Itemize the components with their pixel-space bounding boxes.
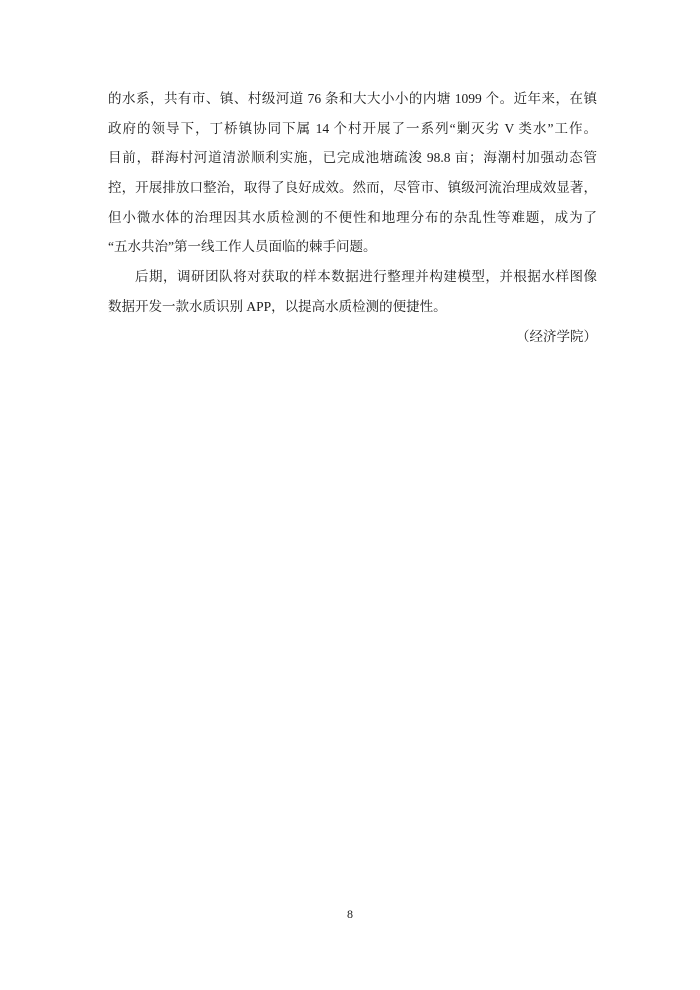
attribution: （经济学院） bbox=[108, 322, 597, 352]
text-line: 控，开展排放口整治，取得了良好成效。然而，尽管市、镇级河流治理成效显著， bbox=[108, 173, 597, 203]
text-line: 但小微水体的治理因其水质检测的不便性和地理分布的杂乱性等难题，成为了 bbox=[108, 203, 597, 233]
text-line: 的水系，共有市、镇、村级河道 76 条和大大小小的内塘 1099 个。近年来，在… bbox=[108, 84, 597, 114]
document-body: 的水系，共有市、镇、村级河道 76 条和大大小小的内塘 1099 个。近年来，在… bbox=[108, 84, 597, 351]
text-line: 后期，调研团队将对获取的样本数据进行整理并构建模型，并根据水样图像 bbox=[108, 262, 597, 292]
document-page: 的水系，共有市、镇、村级河道 76 条和大大小小的内塘 1099 个。近年来，在… bbox=[0, 0, 700, 990]
page-number: 8 bbox=[0, 906, 700, 922]
text-line: “五水共治”第一线工作人员面临的棘手问题。 bbox=[108, 232, 597, 262]
paragraph-2: 后期，调研团队将对获取的样本数据进行整理并构建模型，并根据水样图像 数据开发一款… bbox=[108, 262, 597, 321]
paragraph-1: 的水系，共有市、镇、村级河道 76 条和大大小小的内塘 1099 个。近年来，在… bbox=[108, 84, 597, 262]
text-line: 数据开发一款水质识别 APP，以提高水质检测的便捷性。 bbox=[108, 292, 597, 322]
text-line: 目前，群海村河道清淤顺利实施，已完成池塘疏浚 98.8 亩；海潮村加强动态管 bbox=[108, 143, 597, 173]
text-line: 政府的领导下，丁桥镇协同下属 14 个村开展了一系列“剿灭劣 V 类水”工作。 bbox=[108, 114, 597, 144]
